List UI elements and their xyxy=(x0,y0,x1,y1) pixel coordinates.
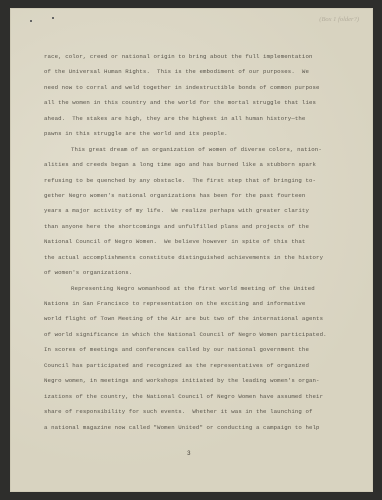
text-line: izations of the country, the National Co… xyxy=(44,389,344,404)
text-line: of women's organizations. xyxy=(44,265,344,280)
text-line: a national magazine now called "Women Un… xyxy=(44,420,344,435)
text-line: Negro women, in meetings and workshops i… xyxy=(44,373,344,388)
text-line: all the women in this country and the wo… xyxy=(44,95,344,110)
text-line: alities and creeds began a long time ago… xyxy=(44,157,344,172)
text-line: years a major activity of my life. We re… xyxy=(44,203,344,218)
text-line: Nations in San Francisco to representati… xyxy=(44,296,344,311)
archival-annotation: (Box 1 folder?) xyxy=(319,16,359,23)
text-line: the actual accomplishments constitute di… xyxy=(44,250,344,265)
text-line: need now to corral and weld together in … xyxy=(44,80,344,95)
text-line: than anyone here the shortcomings and un… xyxy=(44,219,344,234)
text-line: Council has participated and recognized … xyxy=(44,358,344,373)
punch-mark xyxy=(30,20,32,22)
text-line: This great dream of an organization of w… xyxy=(44,142,344,157)
text-line: pawns in this struggle are the world and… xyxy=(44,126,344,141)
document-page: (Box 1 folder?) race, color, creed or na… xyxy=(10,8,373,492)
text-line: In scores of meetings and conferences ca… xyxy=(44,342,344,357)
text-line: world flight of Town Meeting of the Air … xyxy=(44,311,344,326)
text-line: of world significance in which the Natio… xyxy=(44,327,344,342)
text-line: race, color, creed or national origin to… xyxy=(44,49,344,64)
text-line: refusing to be quenched by any obstacle.… xyxy=(44,173,344,188)
text-line: share of responsibility for such events.… xyxy=(44,404,344,419)
punch-mark xyxy=(52,17,54,19)
text-line: gether Negro women's national organizati… xyxy=(44,188,344,203)
page-number: 3 xyxy=(187,450,191,457)
text-line: of the Universal Human Rights. This is t… xyxy=(44,64,344,79)
text-line: ahead. The stakes are high, they are the… xyxy=(44,111,344,126)
text-line: Representing Negro womanhood at the firs… xyxy=(44,281,344,296)
body-text: race, color, creed or national origin to… xyxy=(44,49,344,435)
text-line: National Council of Negro Women. We beli… xyxy=(44,234,344,249)
